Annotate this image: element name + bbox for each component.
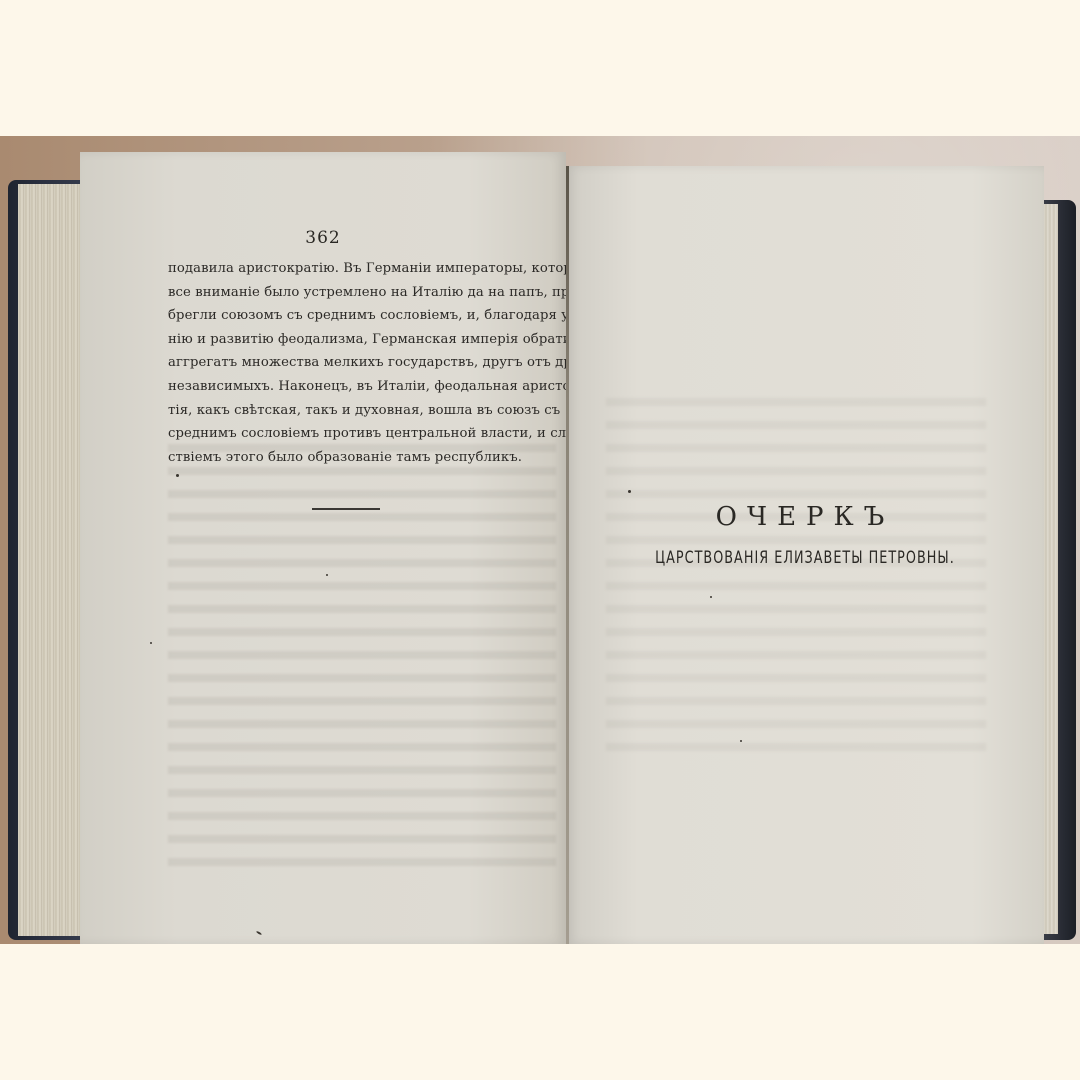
show-through-text (606, 386, 986, 766)
speck (326, 574, 328, 576)
text-line: подавила аристократію. Въ Германіи импер… (168, 257, 556, 281)
speck (176, 474, 179, 477)
speck (710, 596, 712, 598)
chapter-subtitle: ЦАРСТВОВАНІЯ ЕЛИЗАВЕТЫ ПЕТРОВНЫ. (599, 548, 1010, 567)
text-line: все вниманіе было устремлено на Италію д… (168, 281, 556, 305)
book-photo: 362 подавила аристократію. Въ Германіи и… (0, 136, 1080, 944)
text-line: среднимъ сословіемъ противъ центральной … (168, 422, 556, 446)
text-line: нію и развитію феодализма, Германская им… (168, 328, 556, 352)
speck (256, 931, 262, 936)
text-line: брегли союзомъ съ среднимъ сословіемъ, и… (168, 304, 556, 328)
left-page: 362 подавила аристократію. Въ Германіи и… (80, 152, 566, 944)
speck (740, 740, 742, 742)
body-text: подавила аристократію. Въ Германіи импер… (168, 257, 556, 469)
speck (628, 490, 631, 493)
right-page: ОЧЕРКЪ ЦАРСТВОВАНІЯ ЕЛИЗАВЕТЫ ПЕТРОВНЫ. (566, 166, 1044, 944)
chapter-title: ОЧЕРКЪ (566, 502, 1044, 532)
page-edges-left (18, 184, 82, 936)
book-gutter (566, 166, 569, 944)
show-through-text (168, 432, 556, 872)
text-line: тія, какъ свѣтская, такъ и духовная, вош… (168, 399, 556, 423)
speck (150, 642, 152, 644)
text-line: независимыхъ. Наконецъ, въ Италіи, феода… (168, 375, 556, 399)
section-divider (312, 508, 380, 510)
text-line: ствіемъ этого было образованіе тамъ респ… (168, 446, 556, 470)
page-number: 362 (80, 228, 566, 248)
text-line: аггрегатъ множества мелкихъ государствъ,… (168, 351, 556, 375)
